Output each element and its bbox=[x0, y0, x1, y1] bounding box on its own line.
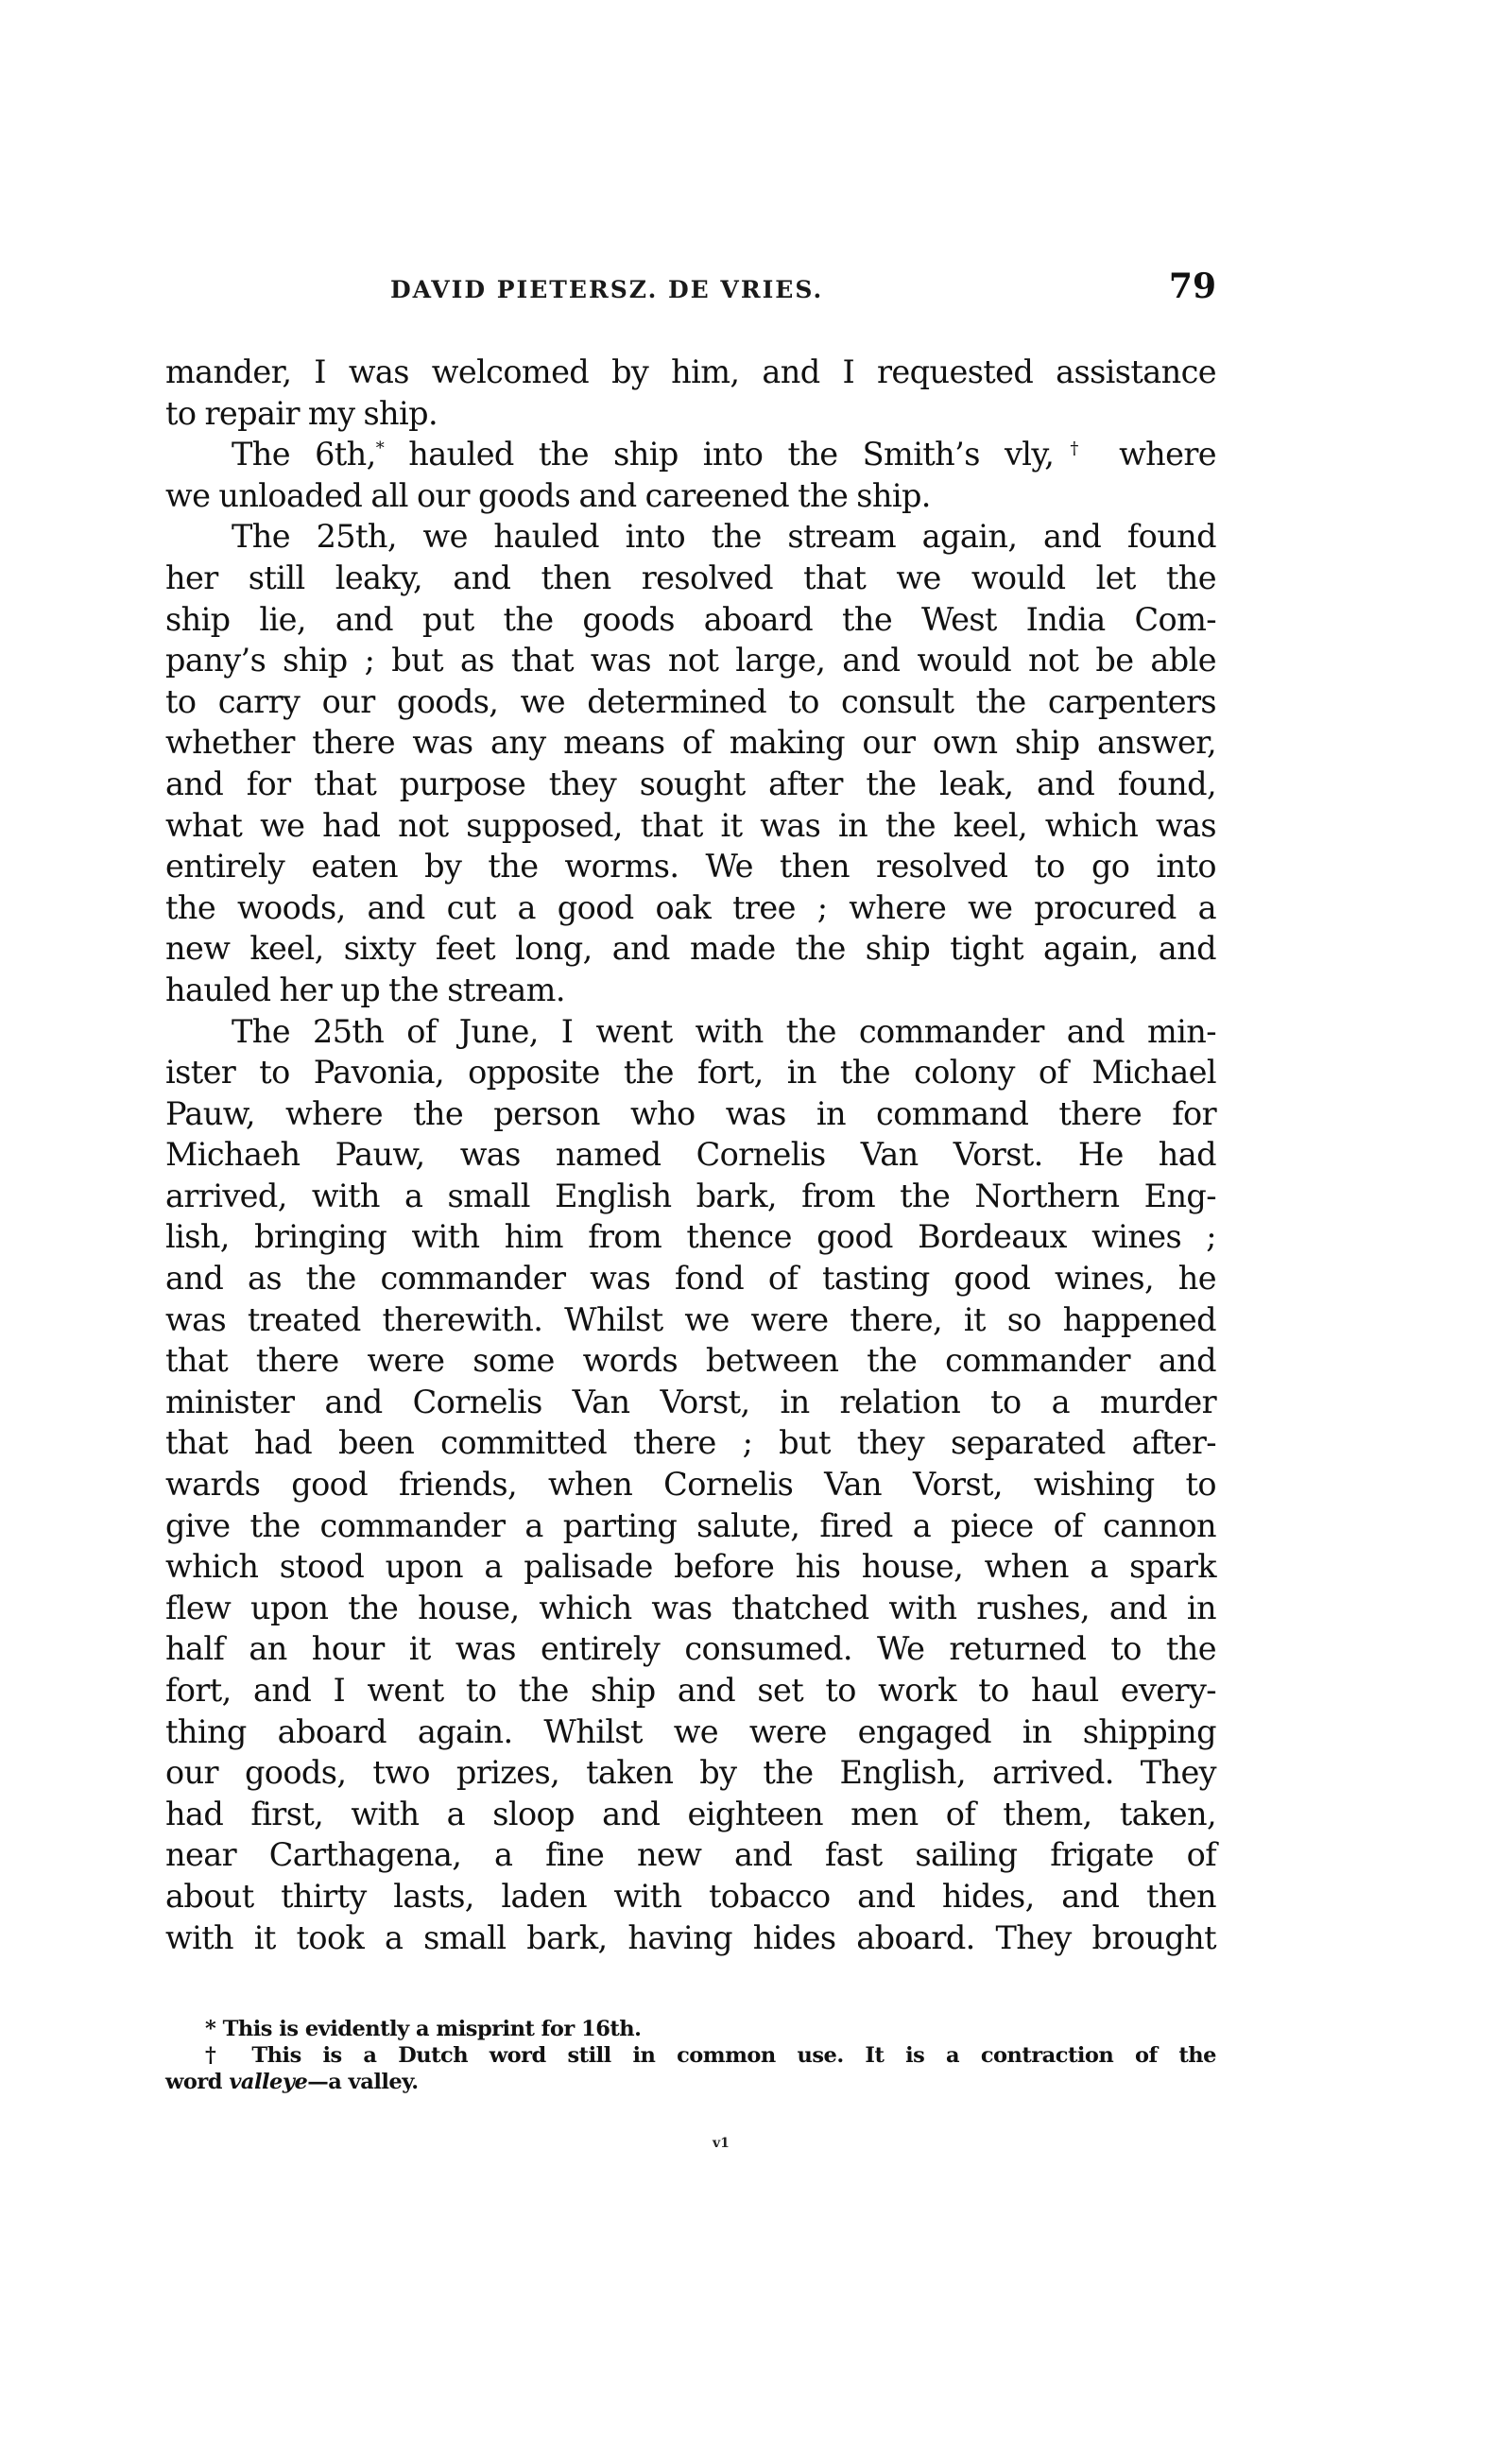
text-line: had first, with a sloop and eighteen men… bbox=[165, 1794, 1216, 1835]
text-line: ship lie, and put the goods aboard the W… bbox=[165, 599, 1216, 641]
text-line: mander, I was welcomed by him, and I req… bbox=[165, 352, 1216, 393]
text-line: and as the commander was fond of tasting… bbox=[165, 1258, 1216, 1299]
footnote-2: † This is a Dutch word still in common u… bbox=[165, 2042, 1216, 2069]
text-line: our goods, two prizes, taken by the Engl… bbox=[165, 1752, 1216, 1794]
page-number: 79 bbox=[1169, 267, 1216, 306]
text-line: and for that purpose they sought after t… bbox=[165, 764, 1216, 805]
footnote-ref-dagger[interactable]: † bbox=[1054, 439, 1094, 458]
footnote-text: This is a Dutch word still in common use… bbox=[251, 2043, 1216, 2068]
text-line: lish, bringing with him from thence good… bbox=[165, 1216, 1216, 1258]
footnote-text: word bbox=[165, 2070, 222, 2094]
text-line: her still leaky, and then resolved that … bbox=[165, 558, 1216, 599]
text-line: hauled her up the stream. bbox=[165, 970, 1216, 1011]
text-line: thing aboard again. Whilst we were engag… bbox=[165, 1711, 1216, 1753]
text-line: which stood upon a palisade before his h… bbox=[165, 1546, 1216, 1588]
text-line: The 25th, we hauled into the stream agai… bbox=[165, 516, 1216, 558]
body-text: mander, I was welcomed by him, and I req… bbox=[165, 352, 1216, 1958]
footnote-ref-asterisk[interactable]: * bbox=[376, 439, 384, 458]
text-line: about thirty lasts, laden with tobacco a… bbox=[165, 1876, 1216, 1917]
text-line: near Carthagena, a fine new and fast sai… bbox=[165, 1834, 1216, 1876]
book-page: DAVID PIETERSZ. DE VRIES. 79 mander, I w… bbox=[0, 0, 1512, 2442]
text-line: half an hour it was entirely consumed. W… bbox=[165, 1628, 1216, 1670]
text-line: to carry our goods, we determined to con… bbox=[165, 681, 1216, 723]
footnote-1: * This is evidently a misprint for 16th. bbox=[165, 2016, 1216, 2042]
text-line: whether there was any means of making ou… bbox=[165, 722, 1216, 764]
text-line: ister to Pavonia, opposite the fort, in … bbox=[165, 1052, 1216, 1093]
footnotes: * This is evidently a misprint for 16th.… bbox=[165, 2016, 1216, 2095]
text-line: that there were some words between the c… bbox=[165, 1340, 1216, 1382]
text-line: entirely eaten by the worms. We then res… bbox=[165, 846, 1216, 887]
text-line: The 25th of June, I went with the comman… bbox=[165, 1011, 1216, 1053]
text-line: Pauw, where the person who was in comman… bbox=[165, 1093, 1216, 1135]
running-head: DAVID PIETERSZ. DE VRIES. 79 bbox=[165, 267, 1216, 314]
text-fragment: where bbox=[1119, 436, 1216, 473]
text-line: new keel, sixty feet long, and made the … bbox=[165, 928, 1216, 970]
text-line: pany’s ship ; but as that was not large,… bbox=[165, 640, 1216, 681]
running-title: DAVID PIETERSZ. DE VRIES. bbox=[390, 276, 823, 303]
text-line: what we had not supposed, that it was in… bbox=[165, 805, 1216, 847]
text-line: give the commander a parting salute, fir… bbox=[165, 1505, 1216, 1547]
text-line: the woods, and cut a good oak tree ; whe… bbox=[165, 887, 1216, 929]
text-line: wards good friends, when Cornelis Van Vo… bbox=[165, 1464, 1216, 1505]
footnote-italic-word: valleye bbox=[229, 2070, 307, 2094]
text-line: with it took a small bark, having hides … bbox=[165, 1917, 1216, 1959]
footnote-text: This is evidently a misprint for 16th. bbox=[223, 2017, 642, 2041]
text-fragment: The 6th, bbox=[232, 436, 376, 473]
footnote-mark-dagger: † bbox=[205, 2043, 231, 2068]
footnote-2-continued: word valleye—a valley. bbox=[165, 2069, 1216, 2095]
text-fragment: hauled the ship into the Smith’s vly, bbox=[408, 436, 1054, 473]
text-line: fort, and I went to the ship and set to … bbox=[165, 1670, 1216, 1711]
footnote-text: —a valley. bbox=[307, 2070, 418, 2094]
text-line: to repair my ship. bbox=[165, 393, 1216, 435]
text-line: we unloaded all our goods and careened t… bbox=[165, 475, 1216, 517]
text-line: that had been committed there ; but they… bbox=[165, 1422, 1216, 1464]
text-line: was treated therewith. Whilst we were th… bbox=[165, 1299, 1216, 1341]
text-line: minister and Cornelis Van Vorst, in rela… bbox=[165, 1382, 1216, 1423]
text-line: arrived, with a small English bark, from… bbox=[165, 1176, 1216, 1217]
text-line: The 6th,* hauled the ship into the Smith… bbox=[165, 434, 1216, 475]
printer-signature-mark: v1 bbox=[713, 2136, 730, 2151]
text-line: Michaeh Pauw, was named Cornelis Van Vor… bbox=[165, 1134, 1216, 1176]
text-line: flew upon the house, which was thatched … bbox=[165, 1588, 1216, 1629]
footnote-mark-asterisk: * bbox=[205, 2017, 215, 2041]
